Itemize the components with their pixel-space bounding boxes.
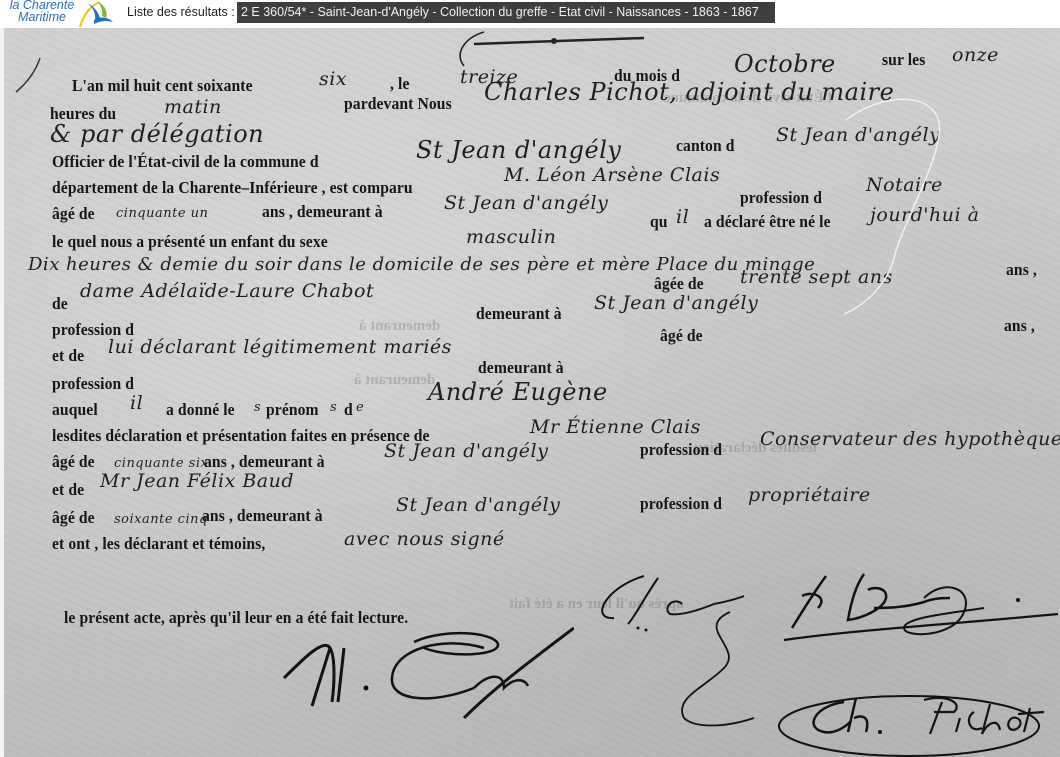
printed-text: profession d bbox=[640, 440, 722, 460]
handwritten-mother-residence: St Jean d'angély bbox=[594, 292, 758, 314]
handwritten-witness-1-age: cinquante six bbox=[114, 456, 208, 471]
handwritten-signed: avec nous signé bbox=[344, 528, 505, 550]
signature-ch-clais bbox=[574, 568, 774, 728]
printed-text: lesdites déclaration et présentation fai… bbox=[52, 426, 430, 446]
printed-text: canton d bbox=[676, 136, 735, 156]
printed-text: âgé de bbox=[52, 204, 95, 224]
printed-text: âgé de bbox=[52, 452, 95, 472]
scan-scratch bbox=[844, 88, 964, 338]
signature-a-baud bbox=[774, 568, 1060, 658]
document-title-bar: 2 E 360/54* - Saint-Jean-d'Angély - Coll… bbox=[237, 2, 775, 23]
handwritten-age: cinquante un bbox=[116, 206, 208, 221]
charente-maritime-logo[interactable]: la Charente Maritime bbox=[4, 0, 116, 28]
flourish-line bbox=[444, 28, 704, 68]
signature-ch-pichot bbox=[774, 688, 1060, 757]
printed-text: sur les bbox=[882, 50, 925, 70]
handwritten-plural-s: s bbox=[254, 400, 261, 415]
handwritten-witness-2-age: soixante cinq bbox=[114, 512, 208, 527]
bleed-through-text: demeurant à bbox=[359, 318, 440, 335]
bleed-through-text: demeurant à bbox=[354, 372, 435, 389]
printed-text: âgé de bbox=[660, 326, 703, 346]
handwritten-delegation: & par délégation bbox=[50, 120, 264, 148]
image-viewer[interactable]: l'État-civil de la commune demeurant à d… bbox=[0, 28, 1060, 757]
handwritten-sex: masculin bbox=[466, 226, 556, 248]
printed-text: pardevant Nous bbox=[344, 94, 452, 114]
handwritten-birth-details: Dix heures & demie du soir dans le domic… bbox=[28, 254, 815, 275]
printed-text: profession d bbox=[52, 374, 134, 394]
handwritten-declarant: M. Léon Arsène Clais bbox=[504, 164, 720, 186]
logo-text: la Charente Maritime bbox=[6, 0, 78, 23]
printed-text: Officier de l'État-civil de la commune d bbox=[52, 152, 319, 172]
handwritten-month: Octobre bbox=[734, 50, 836, 78]
printed-text: demeurant à bbox=[478, 358, 564, 378]
printed-text: le quel nous a présenté un enfant du sex… bbox=[52, 232, 328, 252]
results-list-label: Liste des résultats : bbox=[127, 3, 235, 21]
printed-text: prénom bbox=[266, 400, 319, 420]
printed-text: a donné le bbox=[166, 400, 235, 420]
printed-text: L'an mil huit cent soixante bbox=[72, 76, 253, 96]
margin-stroke bbox=[14, 56, 44, 96]
printed-text: et de bbox=[52, 346, 84, 366]
handwritten-witness-1-profession: Conservateur des hypothèques bbox=[760, 428, 1060, 450]
handwritten-witness-1-residence: St Jean d'angély bbox=[384, 440, 548, 462]
printed-text: qu bbox=[650, 212, 668, 232]
handwritten-pronoun: il bbox=[676, 206, 689, 228]
handwritten-time-of-day: matin bbox=[164, 96, 222, 118]
birth-record-scan[interactable]: l'État-civil de la commune demeurant à d… bbox=[4, 28, 1060, 757]
handwritten-first-names: André Eugène bbox=[428, 378, 608, 406]
printed-text: auquel bbox=[52, 400, 98, 420]
printed-text: département de la Charente–Inférieure , … bbox=[52, 178, 413, 198]
printed-text: profession d bbox=[740, 188, 822, 208]
printed-text: et ont , les déclarant et témoins, bbox=[52, 534, 265, 554]
handwritten-commune: St Jean d'angély bbox=[416, 136, 621, 164]
handwritten-witness-2-residence: St Jean d'angély bbox=[396, 494, 560, 516]
printed-text: âgée de bbox=[654, 274, 704, 294]
bird-icon bbox=[78, 0, 116, 28]
logo-line-2: Maritime bbox=[6, 11, 78, 23]
printed-text: , le bbox=[390, 74, 409, 94]
printed-text: ans , demeurant à bbox=[204, 452, 325, 472]
printed-text: ans , bbox=[1004, 316, 1035, 336]
archive-header: la Charente Maritime Liste des résultats… bbox=[0, 0, 1060, 28]
handwritten-year: six bbox=[319, 68, 347, 90]
handwritten-hour: onze bbox=[952, 44, 999, 66]
printed-text: de bbox=[52, 294, 68, 314]
handwritten-parents: lui déclarant légitimement mariés bbox=[108, 336, 452, 358]
printed-text: ans , demeurant à bbox=[262, 202, 383, 222]
handwritten-plural-s: s bbox=[330, 400, 337, 415]
handwritten-e: e bbox=[356, 400, 364, 415]
printed-text: d bbox=[344, 400, 353, 420]
printed-text: ans , demeurant à bbox=[202, 506, 323, 526]
printed-text: profession d bbox=[640, 494, 722, 514]
printed-text: ans , bbox=[1006, 260, 1037, 280]
printed-text: demeurant à bbox=[476, 304, 562, 324]
handwritten-witness-2-profession: propriétaire bbox=[748, 484, 871, 506]
signature-m-clais bbox=[274, 618, 574, 728]
printed-text: âgé de bbox=[52, 508, 95, 528]
printed-text: et de bbox=[52, 480, 84, 500]
handwritten-given-pronoun: il bbox=[130, 392, 143, 414]
handwritten-mother: dame Adélaïde-Laure Chabot bbox=[80, 280, 374, 302]
handwritten-residence: St Jean d'angély bbox=[444, 192, 608, 214]
handwritten-officer: Charles Pichot, adjoint du maire bbox=[484, 78, 894, 106]
printed-text: a déclaré être né le bbox=[704, 212, 831, 232]
handwritten-witness-1: Mr Étienne Clais bbox=[530, 416, 701, 438]
handwritten-witness-2: Mr Jean Félix Baud bbox=[100, 470, 294, 492]
